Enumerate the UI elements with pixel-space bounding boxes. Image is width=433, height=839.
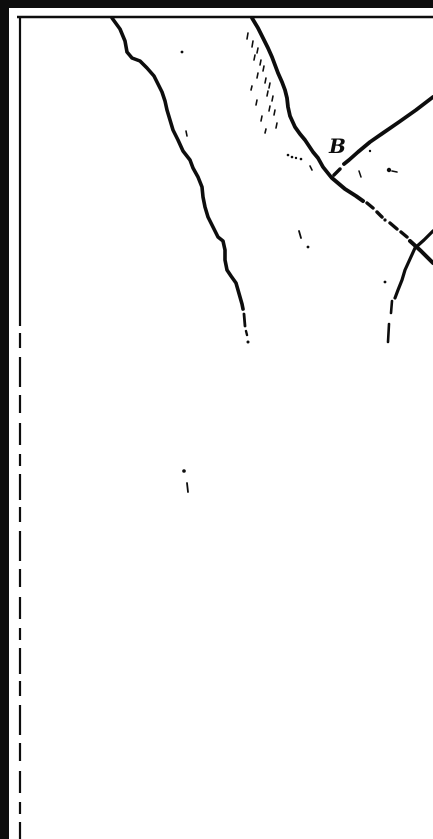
hachure-stroke <box>267 91 268 96</box>
hachure-stroke <box>257 73 258 78</box>
tick-mark <box>299 231 301 238</box>
river-course <box>112 18 433 309</box>
ornament-dot <box>387 168 391 172</box>
river-left-dash <box>246 331 247 335</box>
speck <box>295 157 297 159</box>
speck <box>182 469 186 473</box>
hachure-stroke <box>256 100 257 105</box>
hachure-stroke <box>251 86 252 90</box>
road-upper-tip <box>334 169 340 175</box>
cross-curve <box>395 231 433 298</box>
speck <box>287 154 290 157</box>
hachure-stroke <box>247 33 248 39</box>
map-frame-border <box>0 0 433 839</box>
ornament-dash <box>392 171 397 172</box>
road-dash <box>367 203 373 208</box>
hachure-stroke <box>261 116 262 121</box>
riverbank-hachures <box>247 33 277 133</box>
cross-curve-dash <box>388 324 389 342</box>
scanned-map-page: B <box>0 0 433 839</box>
speck <box>291 156 294 159</box>
hachure-stroke <box>265 129 266 133</box>
road-dash <box>377 212 382 217</box>
speck <box>369 150 371 152</box>
speck <box>181 51 184 54</box>
tick-mark <box>310 166 312 170</box>
hachure-stroke <box>254 55 255 60</box>
speck <box>307 246 310 249</box>
hachure-stroke <box>272 96 273 101</box>
paren-tick <box>359 171 361 177</box>
hachure-stroke <box>274 110 275 115</box>
hachure-stroke <box>276 123 277 128</box>
river-left-dash <box>244 314 245 326</box>
cross-curve-dash <box>391 301 392 313</box>
hachure-stroke <box>260 60 261 65</box>
tick-mark <box>187 483 188 492</box>
point-label-b: B <box>328 134 346 158</box>
map-canvas: B <box>0 0 433 839</box>
speck <box>383 218 386 221</box>
river-right-bank <box>252 18 331 177</box>
hachure-stroke <box>263 66 264 71</box>
speck <box>247 341 250 344</box>
hachure-stroke <box>269 106 270 111</box>
hachure-stroke <box>257 48 258 53</box>
speck <box>300 158 303 161</box>
hachure-stroke <box>269 83 270 88</box>
road-lower-solid <box>332 178 363 201</box>
tick-mark <box>186 131 187 136</box>
road-upper <box>344 97 433 164</box>
outer-left-border-bar <box>0 0 9 839</box>
hachure-stroke <box>252 41 253 47</box>
road-dash <box>390 223 397 229</box>
river-left-bank <box>112 18 243 309</box>
road-dash <box>401 232 407 237</box>
map-marks <box>181 51 407 492</box>
outer-top-border-bar <box>0 0 433 8</box>
hachure-stroke <box>265 78 266 83</box>
speck <box>384 281 387 284</box>
